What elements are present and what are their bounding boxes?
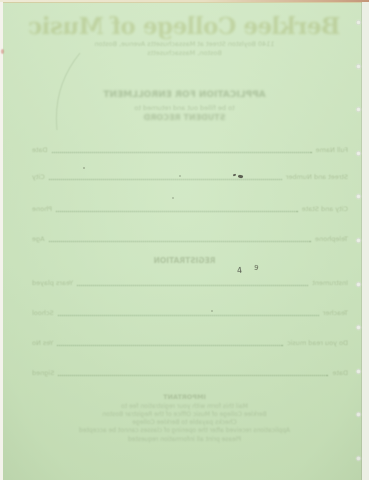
punch-hole xyxy=(356,107,361,112)
footer-line-ghost: Checks payable to Berklee College xyxy=(0,419,369,426)
field-label-ghost: City and State xyxy=(298,205,348,213)
punch-hole xyxy=(356,369,361,374)
field-label-ghost: Date xyxy=(328,369,348,377)
punch-hole xyxy=(356,151,361,156)
form-row-ghost: Do you read music Yes No xyxy=(32,338,348,347)
ink-speck xyxy=(179,175,181,177)
field-end-ghost: School xyxy=(32,309,58,317)
punch-hole xyxy=(356,194,361,199)
punch-hole xyxy=(356,64,361,69)
punch-hole xyxy=(356,412,361,417)
berklee-logo-ghost: Berklee College of Music xyxy=(0,13,369,40)
punch-hole xyxy=(356,20,361,25)
field-end-ghost: Phone xyxy=(32,205,56,213)
punch-hole xyxy=(356,238,361,243)
dotted-leader xyxy=(58,375,328,376)
ink-speck xyxy=(83,167,85,169)
title-line-ghost: STUDENT RECORD xyxy=(0,113,369,122)
punch-hole xyxy=(356,282,361,287)
footer-line-ghost: Berklee College of Music Office of the R… xyxy=(0,411,369,418)
footer-line-ghost: Please print all information requested xyxy=(0,436,369,443)
field-end-ghost: Date xyxy=(32,146,52,154)
scanned-page-background: Berklee College of Music 1140 Boylston S… xyxy=(0,0,369,480)
field-end-ghost: Years played xyxy=(32,279,77,287)
dotted-leader xyxy=(52,152,312,153)
dotted-leader xyxy=(56,211,298,212)
field-label-ghost: Teacher xyxy=(319,309,348,317)
footer-heading-ghost: IMPORTANT xyxy=(0,393,369,401)
punch-hole xyxy=(356,456,361,461)
field-end-ghost: Age xyxy=(32,235,49,243)
field-label-ghost: Instrument xyxy=(308,279,348,287)
ink-speck xyxy=(172,197,174,199)
dotted-leader xyxy=(77,285,308,286)
form-row-ghost: Street and Number City xyxy=(32,172,348,181)
address-line-ghost: Boston, Massachusetts xyxy=(0,49,369,57)
field-label-ghost: Telephone xyxy=(311,235,348,243)
field-end-ghost: Signed xyxy=(32,369,58,377)
field-label-ghost: Full Name xyxy=(312,146,348,154)
address-line-ghost: 1140 Boylston Street at Massachusetts Av… xyxy=(0,40,369,48)
field-label-ghost: Street and Number xyxy=(282,173,348,181)
handwritten-digit: 4 xyxy=(237,266,243,275)
form-row-ghost: Full Name Date xyxy=(32,145,348,154)
dotted-leader xyxy=(57,345,283,346)
form-row-ghost: Teacher School xyxy=(32,308,348,317)
field-end-ghost: Yes No xyxy=(32,339,57,347)
form-row-ghost: Telephone Age xyxy=(32,234,348,243)
title-line-ghost: APPLICATION FOR ENROLLMENT xyxy=(0,90,369,100)
form-row-ghost: City and State Phone xyxy=(32,204,348,213)
section-heading-ghost: REGISTRATION xyxy=(0,256,369,265)
field-end-ghost: City xyxy=(32,173,49,181)
paper-top-edge xyxy=(0,0,369,2)
footer-line-ghost: Mail this form with your registration fe… xyxy=(0,403,369,410)
ink-speck xyxy=(211,310,213,312)
punch-hole xyxy=(356,325,361,330)
dotted-leader xyxy=(49,179,282,180)
dotted-leader xyxy=(49,241,311,242)
footer-line-ghost: Applications received after the opening … xyxy=(0,427,369,434)
red-edge-mark xyxy=(1,49,4,54)
form-row-ghost: Date Signed xyxy=(32,368,348,377)
dotted-leader xyxy=(58,315,319,316)
form-row-ghost: Instrument Years played xyxy=(32,278,348,287)
field-label-ghost: Do you read music xyxy=(283,339,348,347)
title-line-ghost: to be filled out and returned to xyxy=(0,104,369,112)
